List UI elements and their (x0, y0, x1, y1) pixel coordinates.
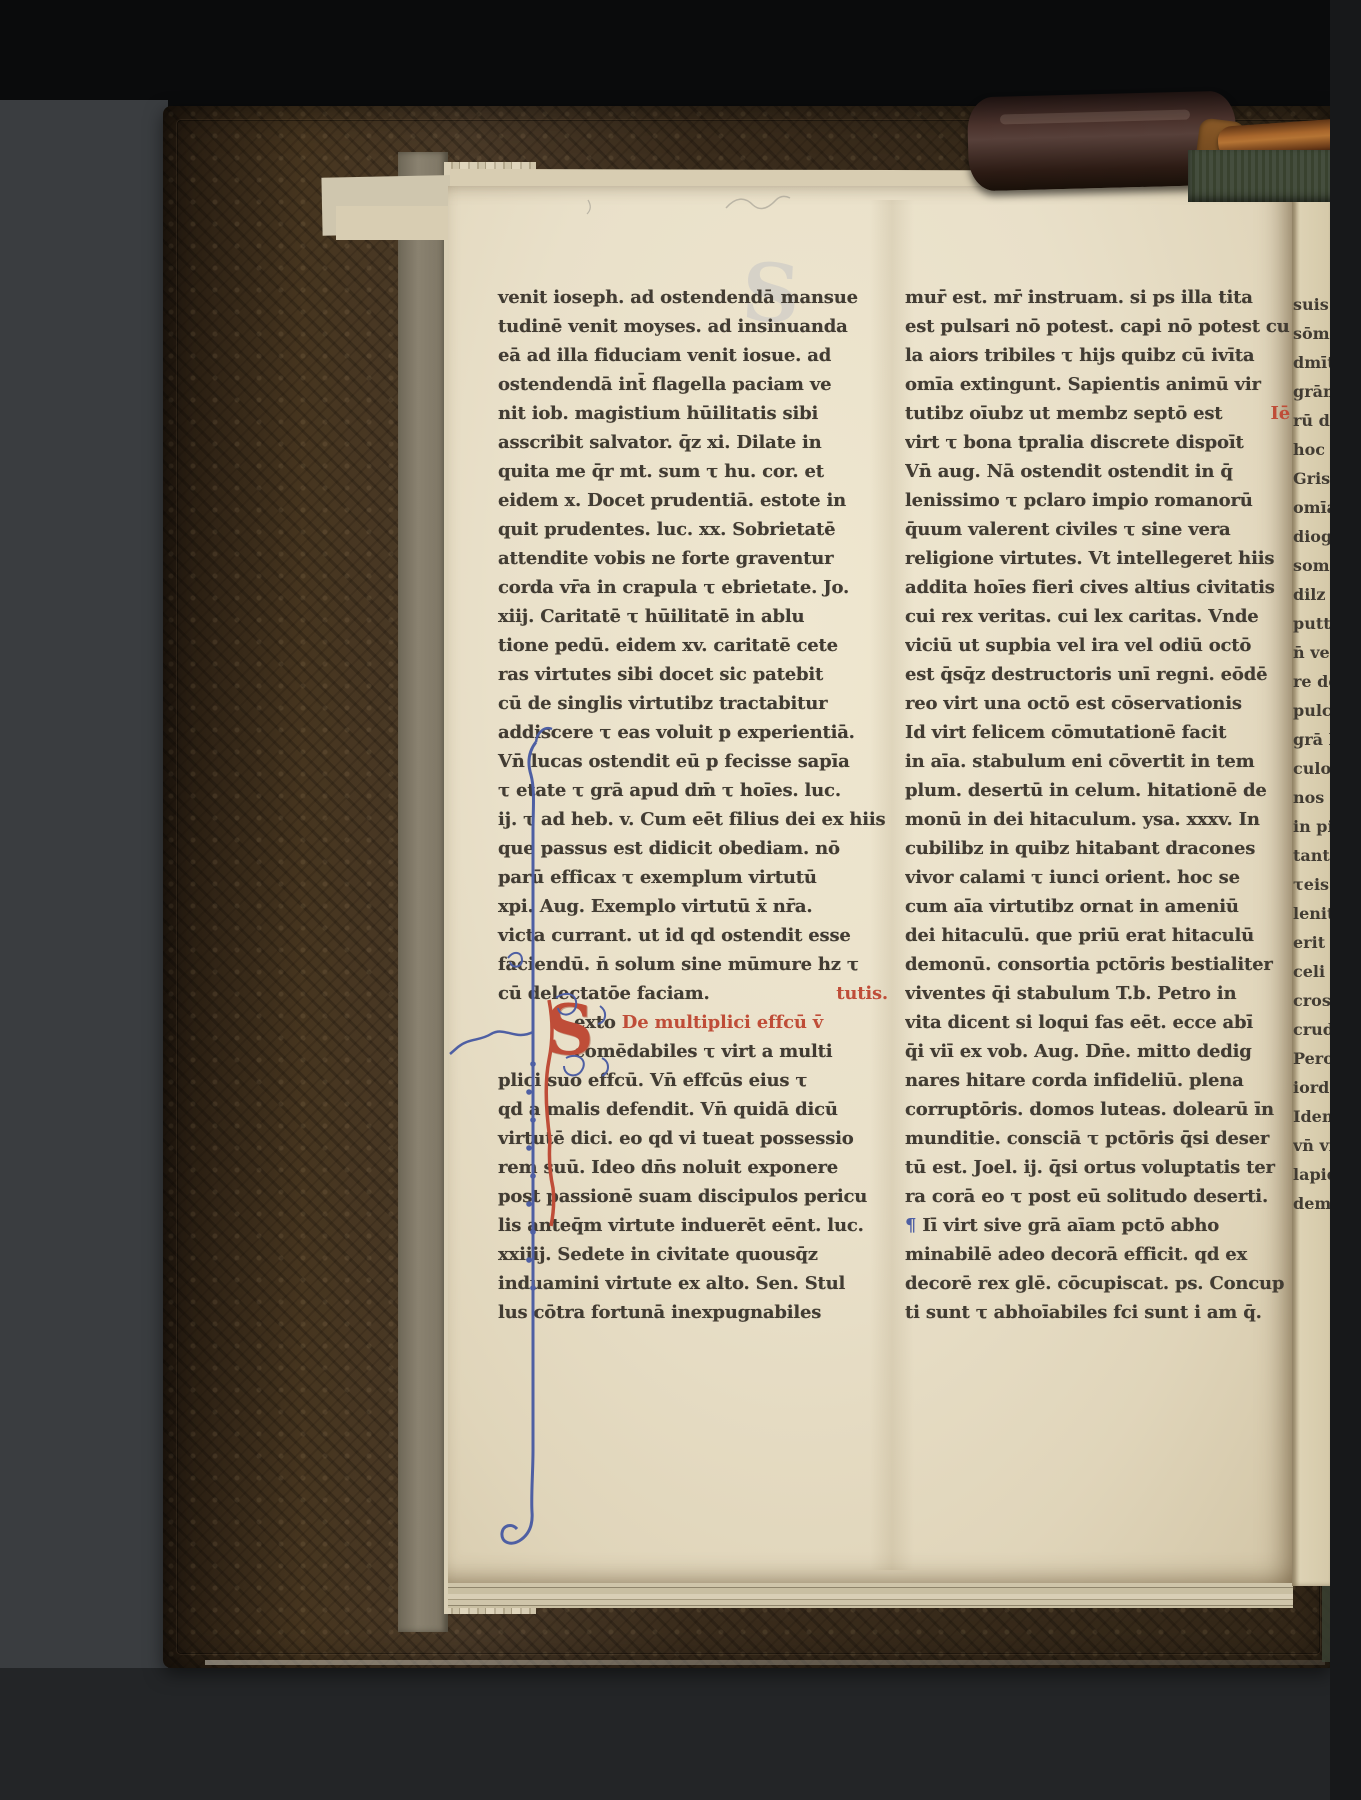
text-segment: virt τ bona tpralia discrete dispoīt (905, 432, 1244, 453)
manuscript-text-line: crosu (1293, 986, 1333, 1015)
next-page-text-fragments: suis Jesōmtadmītiūgrām. frū deshoc desGr… (1293, 290, 1333, 1290)
text-segment: Id virt felicem cōmutationē facit (905, 722, 1226, 743)
manuscript-text-line: crud (1293, 1015, 1333, 1044)
manuscript-text-line: tione pedū. eidem xv. caritatē cete (498, 631, 888, 660)
manuscript-text-line: q̄uum valerent civiles τ sine vera (905, 515, 1290, 544)
manuscript-text-line: dem T (1293, 1189, 1333, 1218)
rubric-segment: De multiplici effcū v̄ (622, 1012, 823, 1033)
green-textile-patch (1188, 150, 1338, 202)
text-segment: xiij. Caritatē τ hūilitatē in ablu (498, 606, 804, 627)
text-segment: τeis. f (1293, 875, 1333, 894)
text-segment: reo virt una octō est cōservationis (905, 693, 1242, 714)
manuscript-text-line: induamini virtute ex alto. Sen. Stul (498, 1269, 888, 1298)
text-segment: Vn̄ aug. Nā ostendit ostendit in q̄ (905, 461, 1233, 482)
manuscript-text-line: putt. D (1293, 609, 1333, 638)
text-segment: attendite vobis ne forte graventur (498, 548, 833, 569)
manuscript-text-line: la aiors tribiles τ hijs quibz cū ivīta (905, 341, 1290, 370)
illuminated-initial: S (546, 999, 594, 1062)
text-segment: ra corā eo τ post eū solitudo deserti. (905, 1186, 1268, 1207)
text-segment: viventes q̄i stabulum T.b. Petro in (905, 983, 1236, 1004)
backdrop-right (1330, 0, 1361, 1800)
text-segment: sōmta (1293, 324, 1333, 343)
manuscript-text-line: Vn̄ lucas ostendit eū p fecisse sapīa (498, 747, 888, 776)
text-segment: vivor calami τ iunci orient. hoc se (905, 867, 1240, 888)
manuscript-text-line: cubilibz in quibz hitabant dracones (905, 834, 1290, 863)
text-segment: nit iob. magistium hūilitatis sibi (498, 403, 818, 424)
text-segment: tutibz oīubz ut membz septō est (905, 403, 1222, 424)
manuscript-text-line: addiscere τ eas voluit p experientiā. (498, 718, 888, 747)
manuscript-text-line: parū efficax τ exemplum virtutū (498, 863, 888, 892)
manuscript-text-line: est q̄sq̄z destructoris unī regni. eōdē (905, 660, 1290, 689)
text-segment: addiscere τ eas voluit p experientiā. (498, 722, 855, 743)
manuscript-text-line: xiij. Caritatē τ hūilitatē in ablu (498, 602, 888, 631)
manuscript-text-line: cū de singlis virtutibz tractabitur (498, 689, 888, 718)
under-page-corner (336, 206, 456, 240)
text-segment: dem T (1293, 1194, 1333, 1213)
text-segment: q̄uum valerent civiles τ sine vera (905, 519, 1231, 540)
text-segment: est q̄sq̄z destructoris unī regni. eōdē (905, 664, 1267, 685)
text-segment: nares hitare corda infideliū. plena (905, 1070, 1244, 1091)
text-segment: viciū ut supbia vel ira vel odiū octō (905, 635, 1251, 656)
text-segment: pulcrū (1293, 701, 1333, 720)
text-segment: dilz τ a (1293, 585, 1333, 604)
text-segment: corruptōris. domos luteas. dolearū īn (905, 1099, 1274, 1120)
manuscript-text-line: q̄i viī ex vob. Aug. Dn̄e. mitto dedig (905, 1037, 1290, 1066)
manuscript-text-line: est pulsari nō potest. capi nō potest cu… (905, 312, 1290, 341)
manuscript-text-line: n̄ vespe (1293, 638, 1333, 667)
text-segment: lapid il (1293, 1165, 1333, 1184)
text-segment: celi ū i (1293, 962, 1333, 981)
text-segment: dei hitaculū. que priū erat hitaculū (905, 925, 1254, 946)
manuscript-text-line: rū des (1293, 406, 1333, 435)
text-segment: qd a malis defendit. Vn̄ quidā dicū (498, 1099, 838, 1120)
text-segment: τ etate τ grā apud dm̄ τ hoīes. luc. (498, 780, 841, 801)
text-segment: hoc des (1293, 440, 1333, 459)
manuscript-text-line: nit iob. magistium hūilitatis sibi (498, 399, 888, 428)
text-segment: erit m (1293, 933, 1333, 952)
manuscript-text-line: grām. f (1293, 377, 1333, 406)
text-segment: faciendū. n̄ solum sine mūmure hz τ (498, 954, 859, 975)
text-segment: ras virtutes sibi docet sic patebit (498, 664, 823, 685)
text-segment: vn̄ vir (1293, 1136, 1333, 1155)
manuscript-text-line: decorē rex glē. cōcupiscat. ps. Concup (905, 1269, 1290, 1298)
text-segment: suis (1293, 295, 1333, 314)
text-segment: virtutē dici. eo qd vi tueat possessio (498, 1128, 854, 1149)
manuscript-text-line: lis anteq̄m virtute induerēt eēnt. luc. (498, 1211, 888, 1240)
manuscript-text-line: dei hitaculū. que priū erat hitaculū (905, 921, 1290, 950)
manuscript-text-line: somne o (1293, 551, 1333, 580)
text-segment: asscribit salvator. q̄z xi. Dilate in (498, 432, 822, 453)
manuscript-text-line: diogenes (1293, 522, 1333, 551)
manuscript-text-line: corruptōris. domos luteas. dolearū īn (905, 1095, 1290, 1124)
text-segment: omīa extingunt. Sapientis animū vir (905, 374, 1261, 395)
text-segment: monū in dei hitaculum. ysa. xxxv. In (905, 809, 1260, 830)
text-segment: parū efficax τ exemplum virtutū (498, 867, 817, 888)
manuscript-text-line: viventes q̄i stabulum T.b. Petro in (905, 979, 1290, 1008)
text-segment: lus cōtra fortunā inexpugnabiles (498, 1302, 821, 1323)
text-segment: corda vr̄a in crapula τ ebrietate. Jo. (498, 577, 849, 598)
text-segment: omīa La (1293, 498, 1333, 517)
manuscript-text-line: dmītiū (1293, 348, 1333, 377)
text-segment: in pita (1293, 817, 1333, 836)
manuscript-text-line: ¶ Iī virt sive grā aīam pctō abho (905, 1211, 1290, 1240)
manuscript-text-line: xpi. Aug. Exemplo virtutū x̄ nr̄a. (498, 892, 888, 921)
text-segment: re decor (1293, 672, 1333, 691)
text-segment: tantib (1293, 846, 1333, 865)
text-segment: addita hoīes fieri cives altius civitati… (905, 577, 1275, 598)
manuscript-text-line: quit prudentes. luc. xx. Sobrietatē (498, 515, 888, 544)
board-edge (398, 152, 448, 1632)
manuscript-photo: S venit ioseph. ad ostendendā mansuetudi… (0, 0, 1361, 1800)
text-segment: induamini virtute ex alto. Sen. Stul (498, 1273, 845, 1294)
text-segment: cui rex veritas. cui lex caritas. Vnde (905, 606, 1258, 627)
text-segment: grām. f (1293, 382, 1333, 401)
text-segment: ti sunt τ abhoīabiles fci sunt i am q̄. (905, 1302, 1262, 1323)
text-segment: Iī virt sive grā aīam pctō abho (922, 1215, 1219, 1236)
manuscript-text-line: grā lux (1293, 725, 1333, 754)
manuscript-text-line: lus cōtra fortunā inexpugnabiles (498, 1298, 888, 1327)
text-segment: eidem x. Docet prudentiā. estote in (498, 490, 846, 511)
manuscript-text-line: victa currant. ut id qd ostendit esse (498, 921, 888, 950)
manuscript-text-line: tudinē venit moyses. ad insinuanda (498, 312, 888, 341)
manuscript-text-line: venit ioseph. ad ostendendā mansue (498, 283, 888, 312)
manuscript-text-line: ti sunt τ abhoīabiles fci sunt i am q̄. (905, 1298, 1290, 1327)
text-segment: tudinē venit moyses. ad insinuanda (498, 316, 848, 337)
manuscript-text-line: religione virtutes. Vt intellegeret hiis (905, 544, 1290, 573)
text-segment: comēdabiles τ virt a multi (574, 1041, 832, 1062)
manuscript-text-line: ra corā eo τ post eū solitudo deserti. (905, 1182, 1290, 1211)
text-segment: quita me q̄r mt. sum τ hu. cor. et (498, 461, 824, 482)
text-segment: rem suū. Ideo dn̄s noluit exponere (498, 1157, 838, 1178)
text-segment: cum aīa virtutibz ornat in ameniū (905, 896, 1239, 917)
manuscript-text-line: omīa La (1293, 493, 1333, 522)
text-segment: cū de singlis virtutibz tractabitur (498, 693, 827, 714)
manuscript-text-line: demonū. consortia pctōris bestialiter (905, 950, 1290, 979)
text-segment: culose (1293, 759, 1333, 778)
manuscript-text-line: tantib (1293, 841, 1333, 870)
manuscript-text-line: qd a malis defendit. Vn̄ quidā dicū (498, 1095, 888, 1124)
backdrop-left (0, 100, 168, 1800)
text-segment: vita dicent si loqui fas eēt. ecce abī (905, 1012, 1253, 1033)
manuscript-text-line: eidem x. Docet prudentiā. estote in (498, 486, 888, 515)
text-segment: Idem (1293, 1107, 1333, 1126)
manuscript-text-line: lenit (1293, 899, 1333, 928)
manuscript-text-line: tutibz oīubz ut membz septō estIē (905, 399, 1290, 428)
manuscript-text-line: addita hoīes fieri cives altius civitati… (905, 573, 1290, 602)
text-segment: dmītiū (1293, 353, 1333, 372)
rubric-segment: Iē (1271, 399, 1290, 428)
manuscript-text-line: re decor (1293, 667, 1333, 696)
rubric-segment: tutis. (836, 979, 888, 1008)
manuscript-text-line: tū est. Joel. ij. q̄si ortus voluptatis … (905, 1153, 1290, 1182)
manuscript-text-line: erit m (1293, 928, 1333, 957)
text-segment: minabilē adeo decorā efficit. qd ex (905, 1244, 1247, 1265)
manuscript-text-line: nos τ (1293, 783, 1333, 812)
text-segment: venit ioseph. ad ostendendā mansue (498, 287, 858, 308)
text-segment: cū delectatōe faciam. (498, 983, 710, 1004)
text-segment: diogenes (1293, 527, 1333, 546)
manuscript-text-line: mur̄ est. mr̄ instruam. si ps illa tita (905, 283, 1290, 312)
text-segment: ij. τ ad heb. v. Cum eēt filius dei ex h… (498, 809, 885, 830)
text-segment: rū des (1293, 411, 1333, 430)
text-column-right: mur̄ est. mr̄ instruam. si ps illa titae… (905, 283, 1290, 1327)
manuscript-text-line: virtutē dici. eo qd vi tueat possessio (498, 1124, 888, 1153)
text-segment: q̄i viī ex vob. Aug. Dn̄e. mitto dedig (905, 1041, 1252, 1062)
text-segment: post passionē suam discipulos pericu (498, 1186, 867, 1207)
text-segment: lenissimo τ pclaro impio romanorū (905, 490, 1253, 511)
text-segment: Gris τ (1293, 469, 1333, 488)
manuscript-text-line: plum. desertū in celum. hitationē de (905, 776, 1290, 805)
manuscript-text-line: celi ū i (1293, 957, 1333, 986)
text-segment: iordan (1293, 1078, 1333, 1097)
manuscript-text-line: cum aīa virtutibz ornat in ameniū (905, 892, 1290, 921)
manuscript-text-line: hoc des (1293, 435, 1333, 464)
manuscript-text-line: lapid il (1293, 1160, 1333, 1189)
text-segment: crud (1293, 1020, 1333, 1039)
text-segment: in aīa. stabulum eni cōvertit in tem (905, 751, 1254, 772)
text-segment: n̄ vespe (1293, 643, 1333, 662)
cover-bottom-edge-highlight (205, 1660, 1325, 1665)
manuscript-text-line: Vn̄ aug. Nā ostendit ostendit in q̄ (905, 457, 1290, 486)
text-segment: plum. desertū in celum. hitationē de (905, 780, 1267, 801)
manuscript-text-line: pulcrū (1293, 696, 1333, 725)
manuscript-text-line: iordan (1293, 1073, 1333, 1102)
text-segment: demonū. consortia pctōris bestialiter (905, 954, 1273, 975)
manuscript-text-line: omīa extingunt. Sapientis animū vir (905, 370, 1290, 399)
text-segment: nos τ (1293, 788, 1333, 807)
manuscript-text-line: ij. τ ad heb. v. Cum eēt filius dei ex h… (498, 805, 888, 834)
manuscript-text-line: sōmta (1293, 319, 1333, 348)
manuscript-text-line: que passus est didicit obediam. nō (498, 834, 888, 863)
manuscript-text-line: ras virtutes sibi docet sic patebit (498, 660, 888, 689)
manuscript-text-line: in pita (1293, 812, 1333, 841)
manuscript-text-line: faciendū. n̄ solum sine mūmure hz τ (498, 950, 888, 979)
text-segment: lenit (1293, 904, 1333, 923)
manuscript-text-line: Pero (1293, 1044, 1333, 1073)
manuscript-text-line: xxiiij. Sedete in civitate quousq̄z (498, 1240, 888, 1269)
manuscript-text-line: post passionē suam discipulos pericu (498, 1182, 888, 1211)
text-segment: victa currant. ut id qd ostendit esse (498, 925, 851, 946)
manuscript-text-line: corda vr̄a in crapula τ ebrietate. Jo. (498, 573, 888, 602)
manuscript-text-line: vivor calami τ iunci orient. hoc se (905, 863, 1290, 892)
manuscript-text-line: τeis. f (1293, 870, 1333, 899)
text-segment: munditie. consciā τ pctōris q̄si deser (905, 1128, 1269, 1149)
manuscript-text-line: monū in dei hitaculum. ysa. xxxv. In (905, 805, 1290, 834)
manuscript-text-line: munditie. consciā τ pctōris q̄si deser (905, 1124, 1290, 1153)
manuscript-text-line: ostendendā int̄ flagella paciam ve (498, 370, 888, 399)
backdrop-bottom (0, 1668, 1361, 1800)
manuscript-text-line: dilz τ a (1293, 580, 1333, 609)
manuscript-text-line: virt τ bona tpralia discrete dispoīt (905, 428, 1290, 457)
manuscript-text-line: Id virt felicem cōmutationē facit (905, 718, 1290, 747)
text-segment: que passus est didicit obediam. nō (498, 838, 840, 859)
text-segment: plici suo effcū. Vn̄ effcūs eius τ (498, 1070, 807, 1091)
manuscript-text-line: attendite vobis ne forte graventur (498, 544, 888, 573)
text-segment: la aiors tribiles τ hijs quibz cū ivīta (905, 345, 1254, 366)
manuscript-text-line: τ etate τ grā apud dm̄ τ hoīes. luc. (498, 776, 888, 805)
text-segment: est pulsari nō potest. capi nō potest cu… (905, 316, 1290, 337)
text-segment: cubilibz in quibz hitabant dracones (905, 838, 1255, 859)
text-segment: eā ad illa fiduciam venit iosue. ad (498, 345, 831, 366)
text-segment: tū est. Joel. ij. q̄si ortus voluptatis … (905, 1157, 1275, 1178)
text-segment: grā lux (1293, 730, 1333, 749)
text-segment: xpi. Aug. Exemplo virtutū x̄ nr̄a. (498, 896, 812, 917)
text-segment: decorē rex glē. cōcupiscat. ps. Concup (905, 1273, 1284, 1294)
text-segment: ostendendā int̄ flagella paciam ve (498, 374, 831, 395)
text-segment: xxiiij. Sedete in civitate quousq̄z (498, 1244, 818, 1265)
manuscript-text-line: culose (1293, 754, 1333, 783)
manuscript-text-line: eā ad illa fiduciam venit iosue. ad (498, 341, 888, 370)
text-segment: lis anteq̄m virtute induerēt eēnt. luc. (498, 1215, 864, 1236)
manuscript-text-line: Gris τ (1293, 464, 1333, 493)
text-segment: mur̄ est. mr̄ instruam. si ps illa tita (905, 287, 1253, 308)
manuscript-text-line: viciū ut supbia vel ira vel odiū octō (905, 631, 1290, 660)
manuscript-text-line: cui rex veritas. cui lex caritas. Vnde (905, 602, 1290, 631)
manuscript-text-line: quita me q̄r mt. sum τ hu. cor. et (498, 457, 888, 486)
manuscript-text-line: in aīa. stabulum eni cōvertit in tem (905, 747, 1290, 776)
manuscript-text-line: reo virt una octō est cōservationis (905, 689, 1290, 718)
manuscript-text-line: vn̄ vir (1293, 1131, 1333, 1160)
manuscript-text-line: lenissimo τ pclaro impio romanorū (905, 486, 1290, 515)
manuscript-text-line: suis Je (1293, 290, 1333, 319)
text-column-left: venit ioseph. ad ostendendā mansuetudinē… (498, 283, 888, 1327)
manuscript-text-line: Idem (1293, 1102, 1333, 1131)
manuscript-text-line: vita dicent si loqui fas eēt. ecce abī (905, 1008, 1290, 1037)
text-segment: Pero (1293, 1049, 1333, 1068)
text-segment: quit prudentes. luc. xx. Sobrietatē (498, 519, 835, 540)
text-segment: tione pedū. eidem xv. caritatē cete (498, 635, 838, 656)
manuscript-text-line: rem suū. Ideo dn̄s noluit exponere (498, 1153, 888, 1182)
manuscript-text-line: minabilē adeo decorā efficit. qd ex (905, 1240, 1290, 1269)
text-segment: somne o (1293, 556, 1333, 575)
manuscript-text-line: nares hitare corda infideliū. plena (905, 1066, 1290, 1095)
text-segment: crosu (1293, 991, 1333, 1010)
text-segment: religione virtutes. Vt intellegeret hiis (905, 548, 1274, 569)
text-segment: putt. D (1293, 614, 1333, 633)
manuscript-text-line: asscribit salvator. q̄z xi. Dilate in (498, 428, 888, 457)
text-segment: Vn̄ lucas ostendit eū p fecisse sapīa (498, 751, 850, 772)
rubric-segment: ¶ (905, 1215, 922, 1236)
